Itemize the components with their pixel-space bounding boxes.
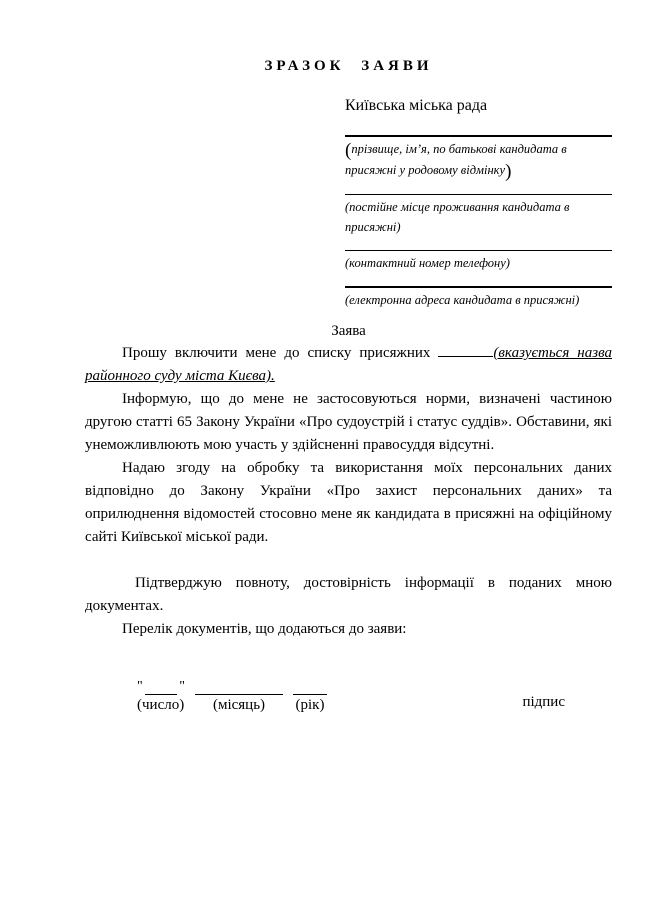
field-caption-full-name: (прізвище, ім’я, по батькові кандидата в… (345, 137, 612, 181)
document-page: ЗРАЗОК ЗАЯВИ Київська міська рада (прізв… (0, 0, 645, 912)
quote-close: " (179, 678, 185, 695)
field-phone: (контактний номер телефону) (345, 250, 612, 273)
field-caption-residence: (постійне місце проживання кандидата в п… (345, 195, 612, 237)
paragraph-request: Прошу включити мене до списку присяжних … (85, 342, 612, 388)
year-label: (рік) (293, 695, 327, 715)
paragraph-confirmation: Підтверджую повноту, достовірність інфор… (85, 572, 612, 618)
month-cell (195, 678, 283, 695)
day-blank (145, 681, 178, 695)
date-group: "" (число) (місяць) (рік) (137, 678, 327, 715)
day-label: (число) (137, 695, 185, 715)
application-heading: Заява (85, 323, 612, 340)
caption-text: прізвище, ім’я, по батькові кандидата в … (345, 142, 567, 177)
document-title: ЗРАЗОК ЗАЯВИ (85, 58, 612, 75)
month-label: (місяць) (195, 695, 283, 715)
request-text: Прошу включити мене до списку присяжних (122, 345, 430, 361)
signature-label: підпис (522, 678, 565, 712)
field-email: (електронна адреса кандидата в присяжні) (345, 286, 612, 310)
field-full-name: (прізвище, ім’я, по батькові кандидата в… (345, 135, 612, 181)
paragraph-personal-data-consent: Надаю згоду на обробку та використання м… (85, 457, 612, 549)
date-signature-row: "" (число) (місяць) (рік) підпис (85, 678, 612, 715)
paren-close: ) (505, 161, 511, 182)
month-blank (195, 681, 283, 695)
recipient-name: Київська міська рада (345, 97, 612, 115)
field-caption-email: (електронна адреса кандидата в присяжні) (345, 288, 612, 310)
paragraph-law-norms: Інформую, що до мене не застосовуються н… (85, 388, 612, 457)
paragraph-documents-list: Перелік документів, що додаються до заяв… (85, 618, 612, 641)
field-caption-phone: (контактний номер телефону) (345, 251, 612, 273)
court-name-blank (438, 343, 493, 357)
quote-open: " (137, 678, 143, 695)
year-blank (293, 681, 327, 695)
year-cell (293, 678, 327, 695)
field-residence: (постійне місце проживання кандидата в п… (345, 194, 612, 237)
day-cell: "" (137, 678, 185, 695)
recipient-block: Київська міська рада (прізвище, ім’я, по… (345, 97, 612, 310)
